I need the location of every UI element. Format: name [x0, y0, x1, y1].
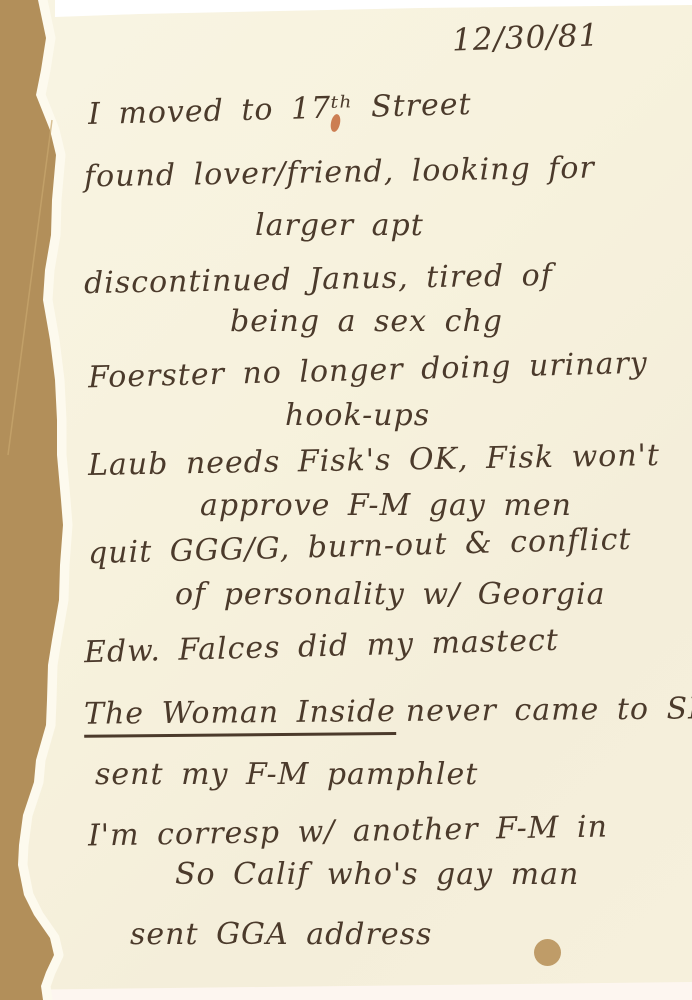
- note-line: of personality w/ Georgia: [175, 577, 606, 612]
- note-line: sent my F-M pamphlet: [95, 757, 478, 792]
- scanned-note-page: 12/30/81 I moved to 17ᵗʰ Street found lo…: [0, 0, 692, 1000]
- note-line: approve F-M gay men: [200, 488, 572, 523]
- note-line: The Woman Insidenever came to SF: [84, 691, 692, 731]
- note-line: larger apt: [255, 208, 424, 243]
- note-line: hook-ups: [285, 398, 430, 433]
- underlined-title: The Woman Inside: [84, 694, 396, 738]
- note-line: sent GGA address: [130, 917, 432, 952]
- note-date: 12/30/81: [451, 17, 599, 58]
- note-line-rest: never came to SF: [406, 691, 692, 729]
- note-line: So Calif who's gay man: [175, 857, 579, 892]
- punch-dot-right: [534, 939, 561, 966]
- note-line: being a sex chg: [230, 304, 503, 339]
